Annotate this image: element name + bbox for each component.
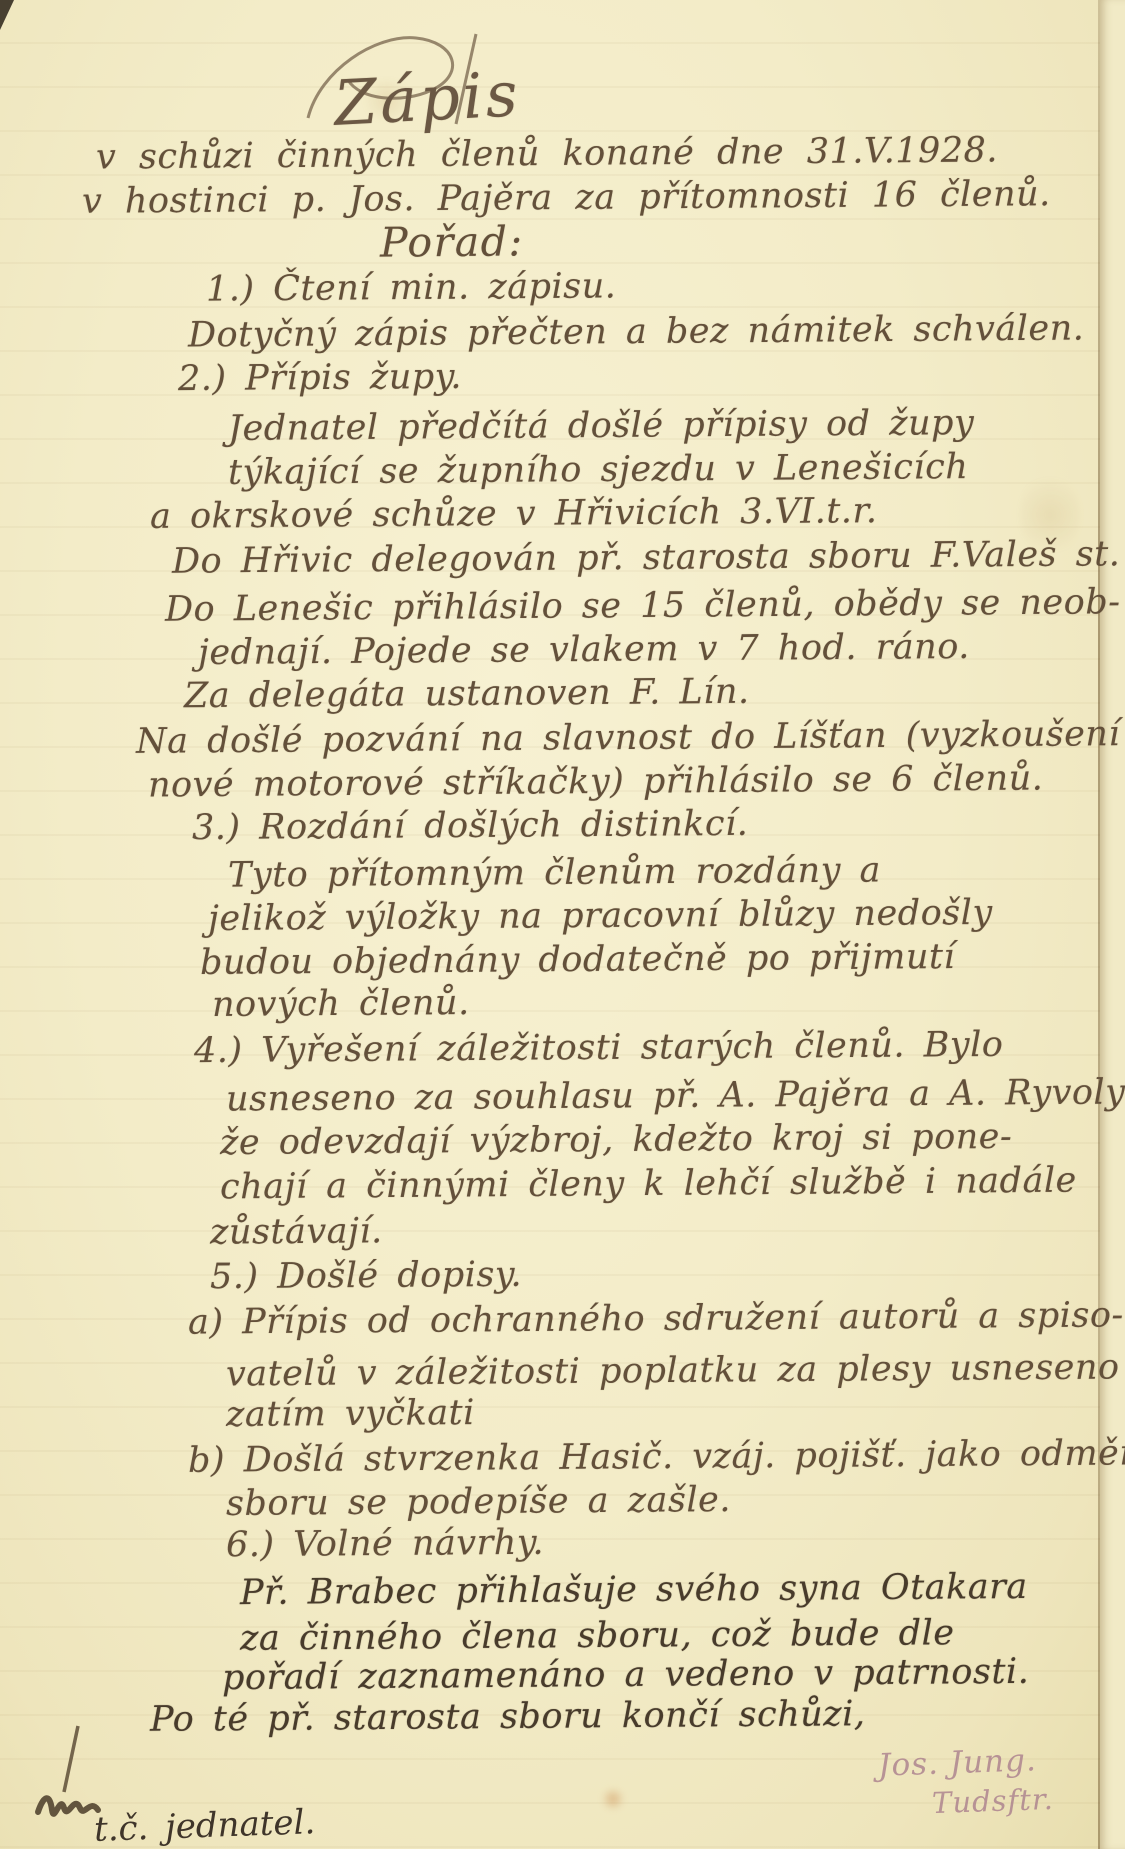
paper-stain (600, 1788, 626, 1810)
doc-line: a okrskové schůze v Hřivicích 3.VI.t.r. (150, 491, 878, 537)
doc-line: pořadí zaznamenáno a vedeno v patrnosti. (222, 1652, 1030, 1698)
doc-line: Dotyčný zápis přečten a bez námitek schv… (188, 308, 1085, 355)
doc-line: Na došlé pozvání na slavnost do Líšťan (… (136, 714, 1120, 762)
doc-line: v hostinci p. Jos. Pajěra za přítomnosti… (82, 174, 1051, 222)
doc-line: Za delegáta ustanoven F. Lín. (184, 672, 750, 716)
doc-line: 6.) Volné návrhy. (226, 1523, 544, 1565)
doc-line: 3.) Rozdání došlých distinkcí. (192, 804, 749, 848)
doc-line: 2.) Přípis župy. (178, 357, 462, 399)
ink-slash-stroke (58, 1722, 84, 1796)
doc-line: nové motorové stříkačky) přihlásilo se 6… (148, 758, 1044, 805)
agenda-heading: Pořad: (380, 217, 524, 266)
doc-line: 1.) Čtení min. zápisu. (206, 266, 617, 309)
doc-line: b) Došlá stvrzenka Hasič. vzáj. pojišť. … (188, 1433, 1125, 1481)
doc-line: v schůzi činných členů konané dne 31.V.1… (96, 130, 998, 177)
doc-line: Po té př. starosta sboru končí schůzi, (150, 1694, 866, 1740)
doc-line: vatelů v záležitosti poplatku za plesy u… (226, 1347, 1120, 1394)
doc-line: zůstávají. (210, 1211, 383, 1252)
page-edge-margin (1100, 0, 1125, 1849)
doc-line: Do Lenešic přihlásilo se 15 členů, obědy… (165, 582, 1121, 630)
doc-line: Do Hřivic delegován př. starosta sboru F… (172, 534, 1121, 581)
doc-line: za činného člena sboru, což bude dle (240, 1613, 955, 1659)
doc-line: sboru se podepíše a zašle. (226, 1480, 731, 1524)
doc-line: usneseno za souhlasu př. A. Pajěra a A. … (226, 1072, 1125, 1119)
doc-line: týkající se župního sjezdu v Lenešicích (228, 447, 969, 493)
doc-line: jelikož výložky na pracovní blůzy nedošl… (208, 893, 993, 939)
doc-line: Př. Brabec přihlašuje svého syna Otakara (240, 1567, 1028, 1613)
doc-line: chají a činnými členy k lehčí službě i n… (220, 1161, 1077, 1208)
document-title: Zápis (332, 57, 522, 140)
signature-secondary: Tudsftr. (931, 1782, 1054, 1820)
doc-line: že odevzdají výzbroj, kdežto kroj si pon… (220, 1117, 1013, 1163)
doc-line: jednají. Pojede se vlakem v 7 hod. ráno. (198, 627, 970, 673)
doc-line: Jednatel předčítá došlé přípisy od župy (228, 403, 975, 449)
doc-line: Tyto přítomným členům rozdány a (228, 850, 881, 895)
signature-primary: Jos. Jung. (877, 1742, 1037, 1784)
doc-line: 5.) Došlé dopisy. (210, 1255, 522, 1297)
doc-line: nových členů. (212, 983, 470, 1025)
doc-line: budou objednány dodatečně po přijmutí (200, 937, 955, 983)
footer-role-note: t.č. jednatel. (93, 1802, 315, 1849)
doc-line: 4.) Vyřešení záležitosti starých členů. … (194, 1025, 1004, 1071)
scan-corner-shadow (0, 0, 14, 30)
scanned-document-page: Zápis v schůzi činných členů konané dne … (0, 0, 1125, 1849)
doc-line: zatím vyčkati (226, 1393, 475, 1435)
doc-line: a) Přípis od ochranného sdružení autorů … (188, 1295, 1124, 1342)
